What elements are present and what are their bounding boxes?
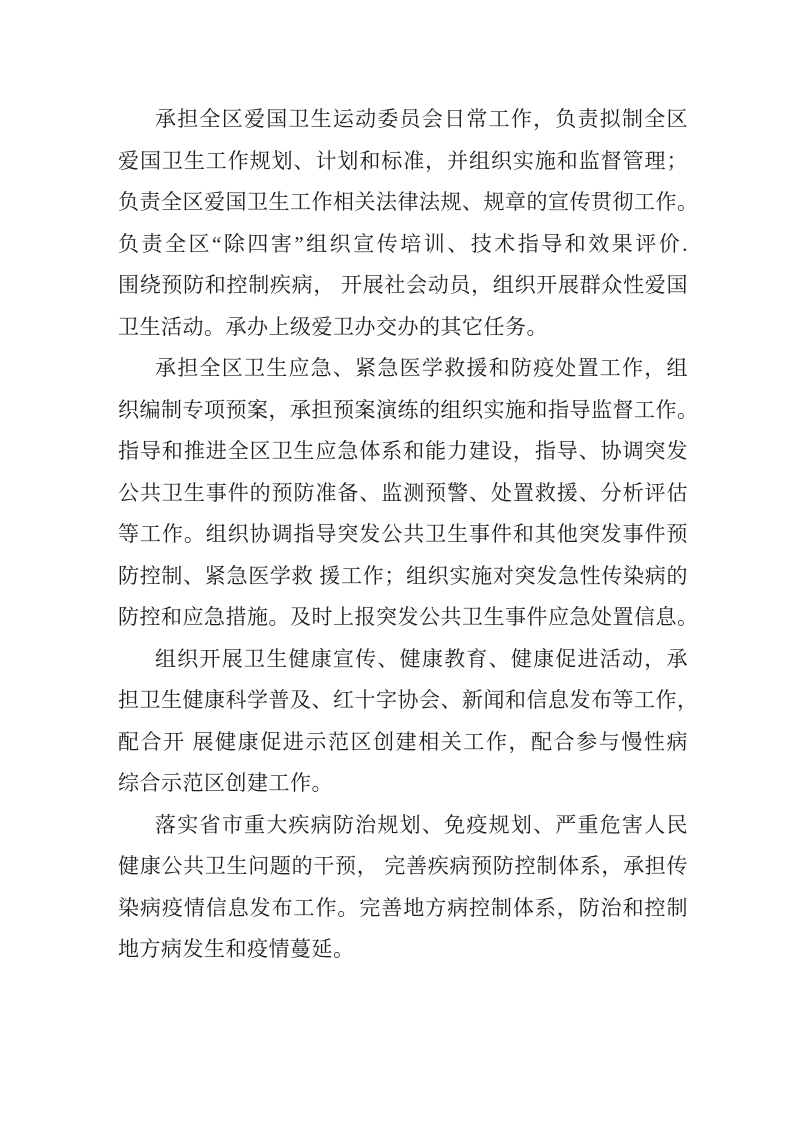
- document-page: 承担全区爱国卫生运动委员会日常工作，负责拟制全区 爱国卫生工作规划、计划和标准，…: [0, 0, 793, 1122]
- text-line: 健康公共卫生问题的干预， 完善疾病预防控制体系，承担传: [118, 846, 688, 888]
- text-line: 组织开展卫生健康宣传、健康教育、健康促进活动，承: [118, 639, 688, 681]
- text-line: 负责全区爱国卫生工作相关法律法规、规章的宣传贯彻工作。: [118, 182, 688, 224]
- text-line: 负责全区“除四害”组织宣传培训、技术指导和效果评价.: [118, 224, 688, 266]
- text-line: 染病疫情信息发布工作。完善地方病控制体系，防治和控制: [118, 888, 688, 930]
- text-line: 承担全区卫生应急、紧急医学救援和防疫处置工作，组: [118, 348, 688, 390]
- text-line: 围绕预防和控制疾病， 开展社会动员，组织开展群众性爱国: [118, 265, 688, 307]
- text-line: 综合示范区创建工作。: [118, 763, 688, 805]
- text-line: 防控制、紧急医学救 援工作；组织实施对突发急性传染病的: [118, 556, 688, 598]
- text-line: 爱国卫生工作规划、计划和标准，并组织实施和监督管理；: [118, 141, 688, 183]
- text-line: 落实省市重大疾病防治规划、免疫规划、严重危害人民: [118, 805, 688, 847]
- text-line: 公共卫生事件的预防准备、监测预警、处置救援、分析评估: [118, 473, 688, 515]
- text-line: 配合开 展健康促进示范区创建相关工作，配合参与慢性病: [118, 722, 688, 764]
- text-line: 地方病发生和疫情蔓延。: [118, 929, 688, 971]
- text-line: 等工作。组织协调指导突发公共卫生事件和其他突发事件预: [118, 514, 688, 556]
- text-line: 织编制专项预案，承担预案演练的组织实施和指导监督工作。: [118, 390, 688, 432]
- text-line: 卫生活动。承办上级爱卫办交办的其它任务。: [118, 307, 688, 349]
- text-line: 担卫生健康科学普及、红十字协会、新闻和信息发布等工作，: [118, 680, 688, 722]
- document-text-block: 承担全区爱国卫生运动委员会日常工作，负责拟制全区 爱国卫生工作规划、计划和标准，…: [118, 99, 688, 971]
- text-line: 防控和应急措施。及时上报突发公共卫生事件应急处置信息。: [118, 597, 688, 639]
- text-line: 指导和推进全区卫生应急体系和能力建设，指导、协调突发: [118, 431, 688, 473]
- text-line: 承担全区爱国卫生运动委员会日常工作，负责拟制全区: [118, 99, 688, 141]
